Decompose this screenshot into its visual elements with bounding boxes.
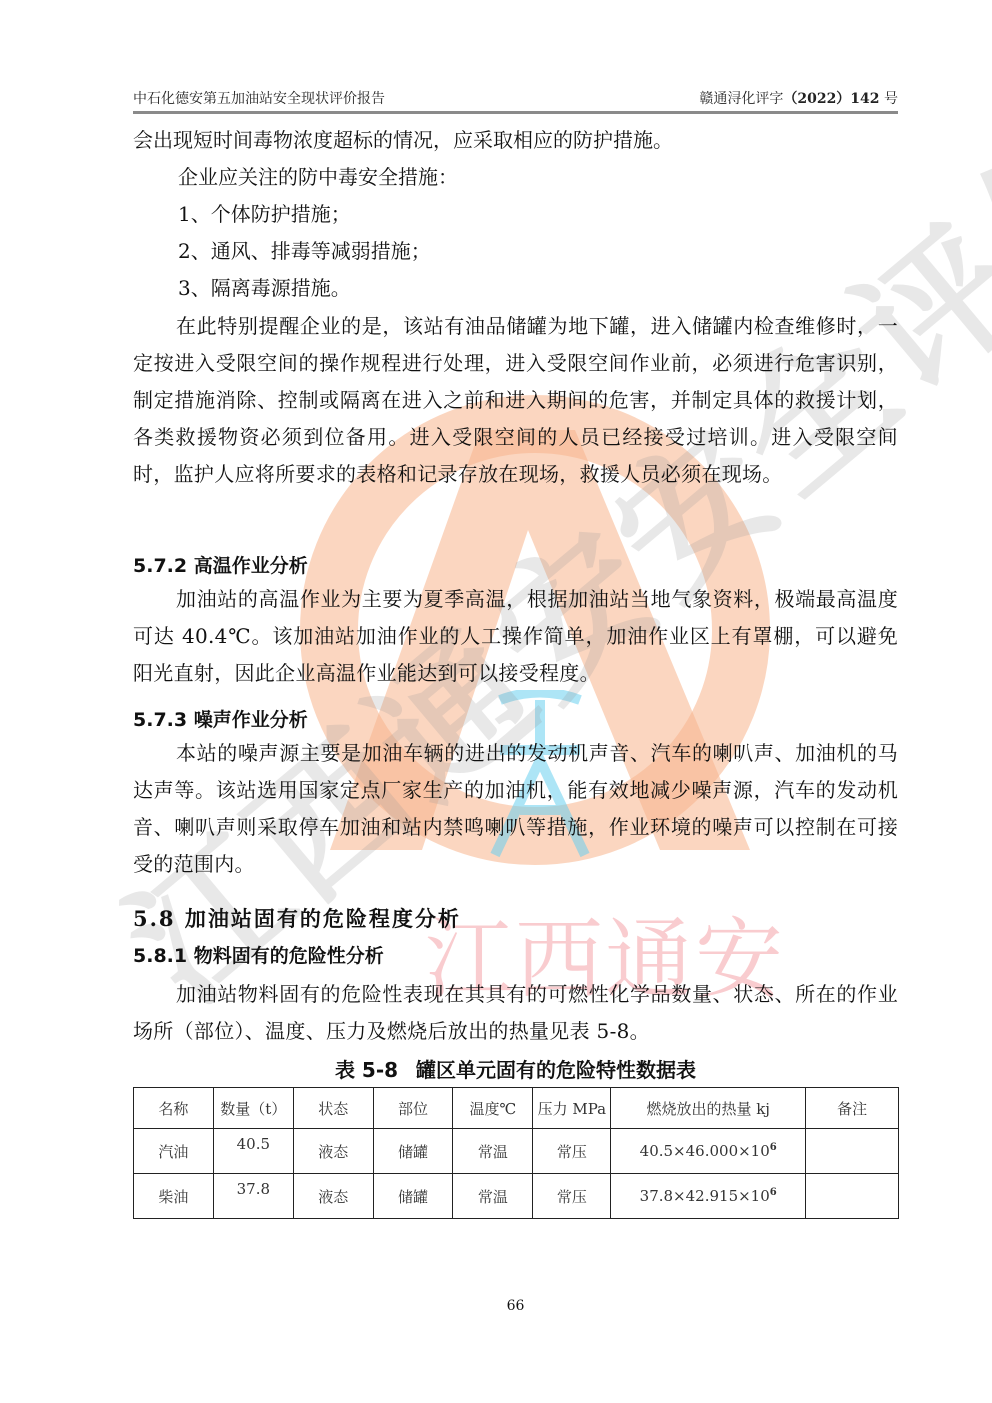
cell-name: 汽油	[134, 1129, 214, 1174]
cell-note	[806, 1129, 899, 1174]
table-row: 柴油 37.8 液态 储罐 常温 常压 37.8×42.915×106	[134, 1174, 899, 1219]
report-number-year: （2022）142	[783, 91, 879, 107]
list-item: 2、通风、排毒等减弱措施；	[178, 235, 431, 264]
table-header-row: 名称 数量（t） 状态 部位 温度℃ 压力 MPa 燃烧放出的热量 kj 备注	[134, 1088, 899, 1129]
cell-temperature: 常温	[453, 1129, 533, 1174]
cell-location: 储罐	[373, 1174, 453, 1219]
cell-name: 柴油	[134, 1174, 214, 1219]
section-heading-5-7-2: 5.7.2 高温作业分析	[133, 551, 308, 578]
list-item: 3、隔离毒源措施。	[178, 272, 351, 301]
cell-state: 液态	[293, 1129, 373, 1174]
cell-pressure: 常压	[533, 1174, 611, 1219]
column-header-state: 状态	[293, 1088, 373, 1129]
paragraph-noise: 本站的噪声源主要是加油车辆的进出的发动机声音、汽车的喇叭声、加油机的马达声等。该…	[133, 735, 898, 883]
table-row: 汽油 40.5 液态 储罐 常温 常压 40.5×46.000×106	[134, 1129, 899, 1174]
cell-quantity: 40.5	[213, 1129, 293, 1174]
paragraph-confined-space: 在此特别提醒企业的是，该站有油品储罐为地下罐，进入储罐内检查维修时，一定按进入受…	[133, 308, 898, 493]
page-number: 66	[133, 1298, 898, 1314]
paragraph-high-temperature: 加油站的高温作业为主要为夏季高温，根据加油站当地气象资料，极端最高温度可达 40…	[133, 581, 898, 692]
list-item: 1、个体防护措施；	[178, 198, 351, 227]
column-header-heat: 燃烧放出的热量 kj	[611, 1088, 806, 1129]
cell-note	[806, 1174, 899, 1219]
document-page: 江西通安安全评价有限公司 江西通安 中石化德安第五加油站安全现状评价报告 赣通浔…	[0, 0, 992, 1403]
page-header: 中石化德安第五加油站安全现状评价报告 赣通浔化评字（2022）142 号	[133, 86, 898, 110]
paragraph-material-hazard: 加油站物料固有的危险性表现在其具有的可燃性化学品数量、状态、所在的作业场所（部位…	[133, 976, 898, 1050]
cell-location: 储罐	[373, 1129, 453, 1174]
cell-state: 液态	[293, 1174, 373, 1219]
paragraph-continuation: 会出现短时间毒物浓度超标的情况，应采取相应的防护措施。	[133, 124, 673, 153]
cell-temperature: 常温	[453, 1174, 533, 1219]
paragraph-measures-intro: 企业应关注的防中毒安全措施：	[178, 161, 458, 190]
column-header-location: 部位	[373, 1088, 453, 1129]
column-header-note: 备注	[806, 1088, 899, 1129]
column-header-temperature: 温度℃	[453, 1088, 533, 1129]
header-divider	[133, 111, 898, 114]
column-header-quantity: 数量（t）	[213, 1088, 293, 1129]
section-heading-5-8-1: 5.8.1 物料固有的危险性分析	[133, 941, 384, 968]
cell-pressure: 常压	[533, 1129, 611, 1174]
heat-base: 40.5×46.000×10	[640, 1142, 770, 1160]
section-heading-5-7-3: 5.7.3 噪声作业分析	[133, 705, 308, 732]
cell-heat: 40.5×46.000×106	[611, 1129, 806, 1174]
table-caption: 表 5-8罐区单元固有的危险特性数据表	[133, 1054, 898, 1083]
column-header-pressure: 压力 MPa	[533, 1088, 611, 1129]
heat-base: 37.8×42.915×10	[640, 1187, 770, 1205]
report-title: 中石化德安第五加油站安全现状评价报告	[133, 88, 385, 108]
report-number-suffix: 号	[880, 91, 898, 107]
column-header-name: 名称	[134, 1088, 214, 1129]
report-number: 赣通浔化评字（2022）142 号	[699, 88, 898, 108]
cell-heat: 37.8×42.915×106	[611, 1174, 806, 1219]
report-number-prefix: 赣通浔化评字	[699, 91, 783, 107]
hazard-data-table: 名称 数量（t） 状态 部位 温度℃ 压力 MPa 燃烧放出的热量 kj 备注 …	[133, 1087, 899, 1219]
section-heading-5-8: 5.8 加油站固有的危险程度分析	[133, 903, 461, 933]
heat-exponent: 6	[770, 1142, 777, 1153]
heat-exponent: 6	[770, 1187, 777, 1198]
table-caption-title: 罐区单元固有的危险特性数据表	[416, 1058, 696, 1082]
cell-quantity: 37.8	[213, 1174, 293, 1219]
table-caption-number: 表 5-8	[335, 1058, 398, 1082]
